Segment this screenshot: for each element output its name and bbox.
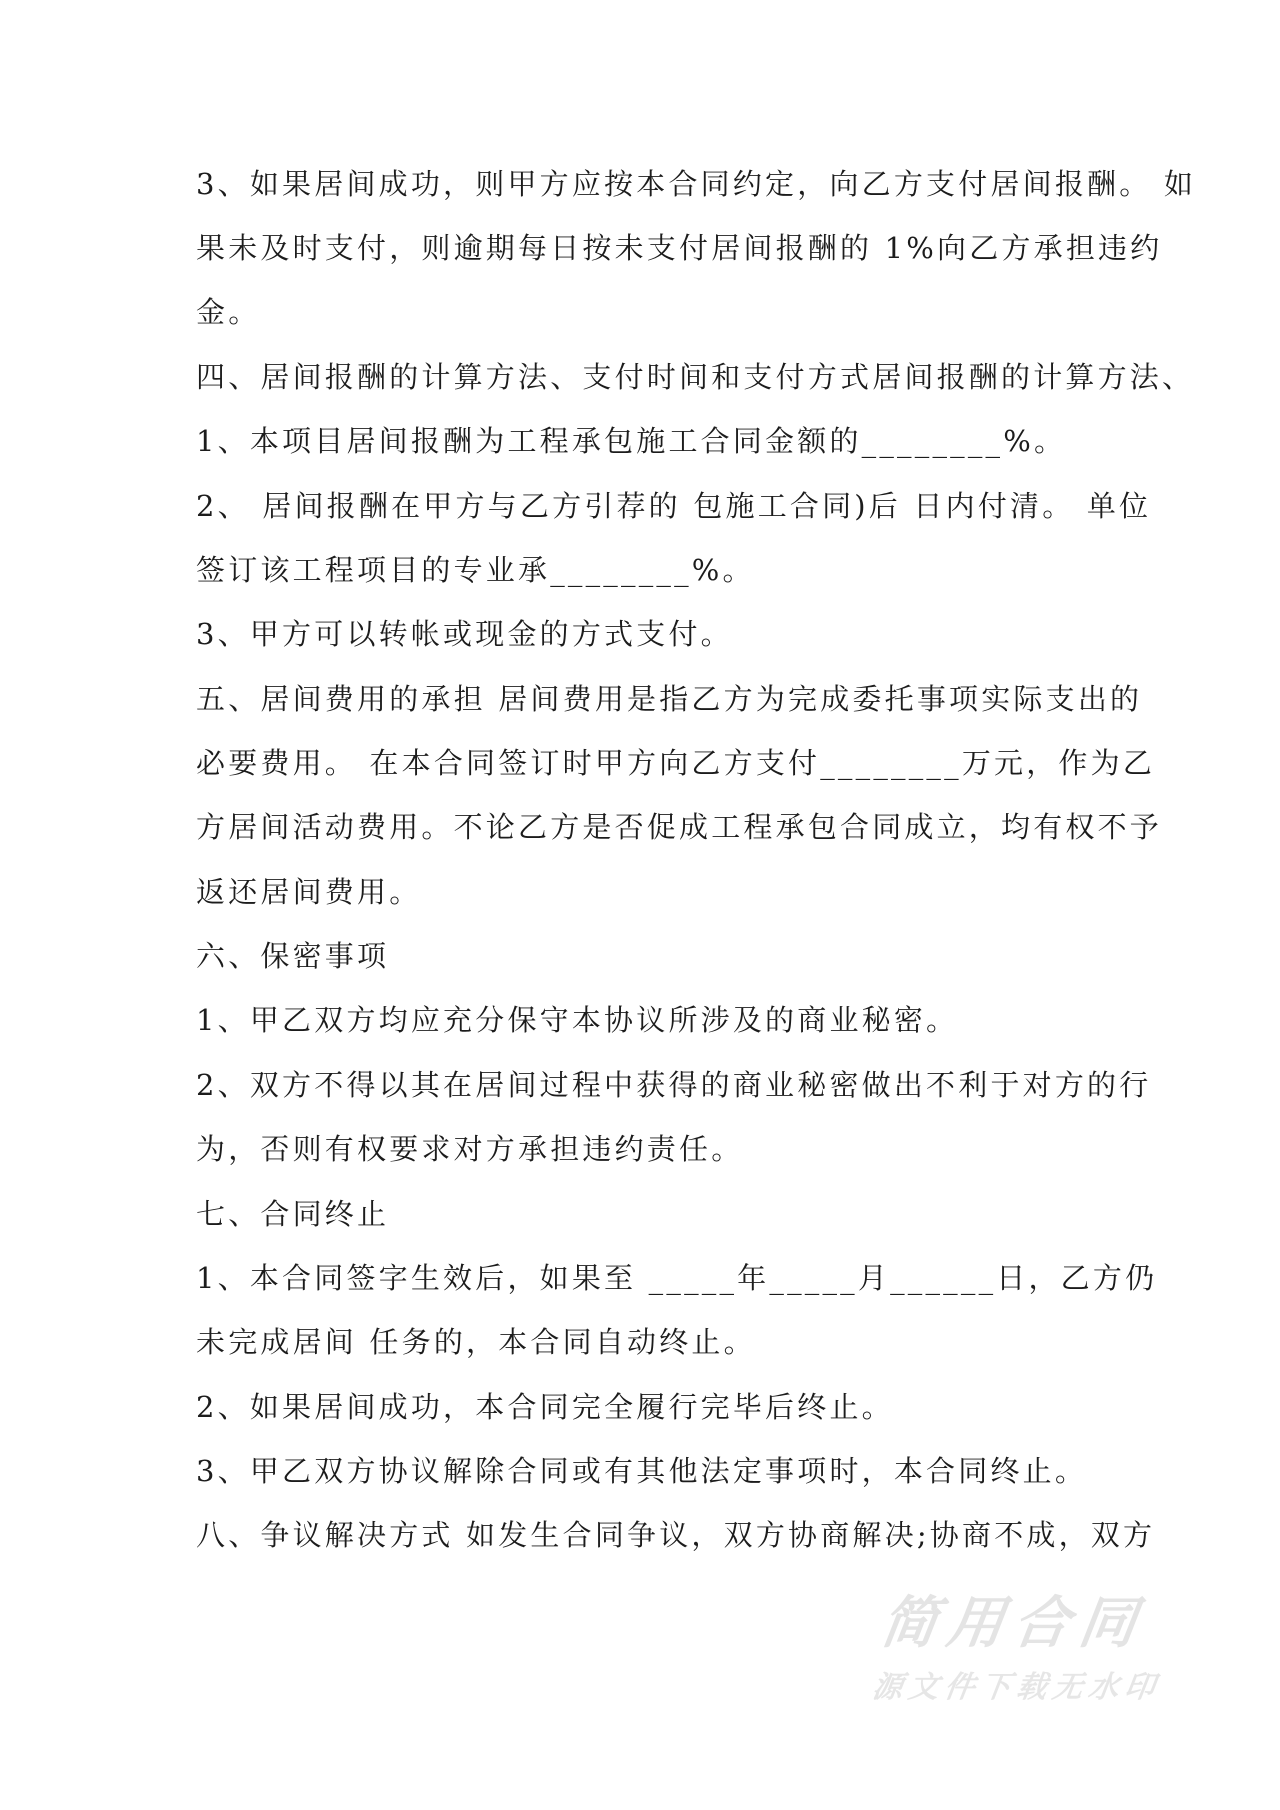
watermark-tagline: 源文件下载无水印 [870,1670,1185,1706]
text-line: 1、本合同签字生效后，如果至 _____年_____月______日，乙方仍 [196,1258,1096,1298]
text-line: 3、甲方可以转帐或现金的方式支付。 [196,614,1096,654]
text-line: 1、甲乙双方均应充分保守本协议所涉及的商业秘密。 [196,1000,1096,1040]
document-page: 3、如果居间成功，则甲方应按本合同约定，向乙方支付居间报酬。 如 果未及时支付，… [0,0,1280,1810]
text-line: 2、如果居间成功，本合同完全履行完毕后终止。 [196,1387,1096,1427]
text-line: 1、本项目居间报酬为工程承包施工合同金额的________%。 [196,421,1096,461]
section-heading-6: 六、保密事项 [196,936,1096,976]
text-line: 金。 [196,292,1096,332]
text-line: 签订该工程项目的专业承________%。 [196,550,1096,590]
text-line: 2、双方不得以其在居间过程中获得的商业秘密做出不利于对方的行 [196,1065,1096,1105]
text-line: 2、 居间报酬在甲方与乙方引荐的 包施工合同)后 日内付清。 单位 [196,486,1096,526]
text-line: 返还居间费用。 [196,872,1096,912]
section-heading-7: 七、合同终止 [196,1194,1096,1234]
text-line: 果未及时支付，则逾期每日按未支付居间报酬的 1%向乙方承担违约 [196,228,1096,268]
section-heading-8: 八、争议解决方式 如发生合同争议，双方协商解决;协商不成，双方 [196,1515,1096,1555]
watermark-brand: 简用合同 [877,1592,1196,1656]
text-line: 为，否则有权要求对方承担违约责任。 [196,1129,1096,1169]
section-heading-4: 四、居间报酬的计算方法、支付时间和支付方式居间报酬的计算方法、 [196,357,1096,397]
watermark: 简用合同 源文件下载无水印 [870,1592,1196,1706]
text-line: 未完成居间 任务的，本合同自动终止。 [196,1322,1096,1362]
section-heading-5: 五、居间费用的承担 居间费用是指乙方为完成委托事项实际支出的 [196,679,1096,719]
text-line: 3、甲乙双方协议解除合同或有其他法定事项时，本合同终止。 [196,1451,1096,1491]
text-line: 必要费用。 在本合同签订时甲方向乙方支付________万元，作为乙 [196,743,1096,783]
text-line: 3、如果居间成功，则甲方应按本合同约定，向乙方支付居间报酬。 如 [196,164,1096,204]
text-line: 方居间活动费用。不论乙方是否促成工程承包合同成立，均有权不予 [196,807,1096,847]
